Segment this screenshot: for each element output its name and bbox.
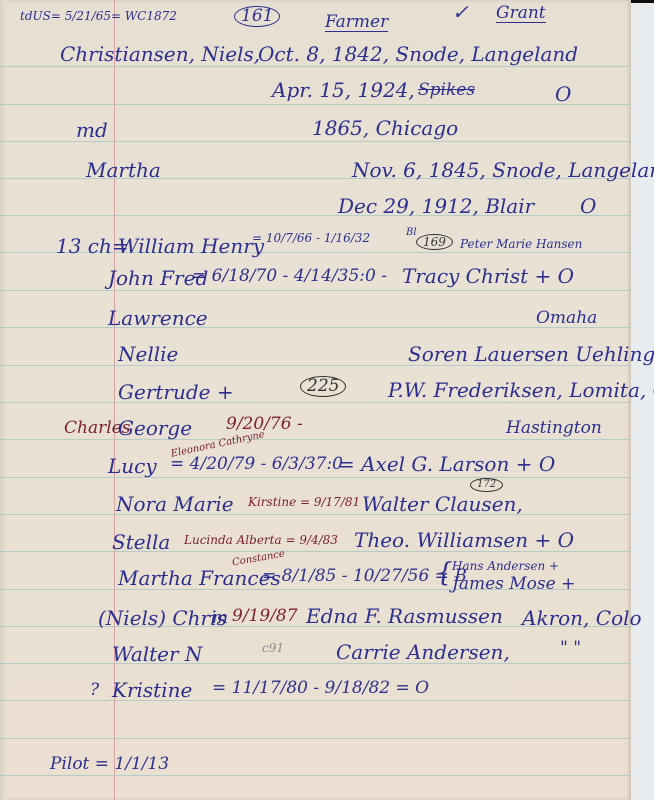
- ruled-line: [0, 215, 631, 216]
- child-spouse: Theo. Williamsen + O: [354, 530, 574, 550]
- ruled-line: [0, 66, 631, 67]
- child-place: Omaha: [536, 310, 597, 327]
- child-name: Lucy: [108, 456, 157, 476]
- child-spouse: Soren Lauersen Uehling: [408, 344, 654, 364]
- child-superscript: Bl: [406, 228, 417, 238]
- ruled-line: [0, 738, 631, 739]
- child-name: George: [118, 418, 192, 438]
- husband-name: Christiansen, Niels,: [60, 44, 260, 64]
- ruled-line: [0, 663, 631, 664]
- husband-death: Apr. 15, 1924,: [272, 80, 415, 100]
- marriage-label: md: [76, 120, 108, 140]
- ditto-marks: " ": [560, 640, 581, 657]
- child-dates: = 6/18/70 - 4/14/35:0 -: [192, 268, 387, 285]
- ruled-line: [0, 477, 631, 478]
- child-name: Nora Marie: [116, 494, 234, 514]
- child-spouse: Edna F. Rasmussen: [306, 606, 503, 626]
- file-number-badge: 161: [234, 6, 280, 27]
- ruled-line: [0, 290, 631, 291]
- torn-edge: [0, 0, 6, 800]
- ruled-line: [0, 514, 631, 515]
- wife-death-mark: O: [580, 196, 596, 216]
- husband-death-mark: O: [555, 84, 571, 104]
- child-name: Lawrence: [108, 308, 208, 328]
- brace-icon: {: [436, 560, 453, 586]
- child-spouse: P.W. Frederiksen, Lomita, Cal.: [388, 380, 654, 400]
- child-place: Akron, Colo: [522, 608, 642, 628]
- child-dates: = 4/20/79 - 6/3/37:0: [170, 456, 343, 473]
- ruled-line: [0, 700, 631, 701]
- child-dates: = 10/7/66 - 1/16/32: [252, 232, 370, 244]
- ruled-line: [0, 775, 631, 776]
- checkmark-icon: ✓: [452, 2, 469, 22]
- child-spouse: Tracy Christ + O: [402, 266, 574, 286]
- child-name: (Niels) Chris: [98, 608, 227, 628]
- child-added-name: Lucinda Alberta = 9/4/83: [184, 534, 338, 546]
- child-name: Martha Frances: [118, 568, 281, 588]
- struck-death-place: Spikes: [418, 82, 475, 99]
- child-name: Walter N: [112, 644, 202, 664]
- ruled-line: [0, 402, 631, 403]
- marriage-info: 1865, Chicago: [312, 118, 458, 138]
- file-number-badge: 172: [470, 478, 503, 492]
- child-name: Stella: [112, 532, 170, 552]
- child-spouse: Carrie Andersen,: [336, 642, 510, 662]
- child-place: Hastington: [506, 420, 602, 437]
- child-dates: 9/19/87: [232, 608, 298, 625]
- ruled-line: [0, 439, 631, 440]
- child-name: Gertrude +: [118, 382, 234, 402]
- wife-name: Martha: [86, 160, 161, 180]
- notebook-page: tdUS= 5/21/65= WC1872 161 Farmer ✓ Grant…: [0, 0, 631, 800]
- child-name: William Henry: [118, 236, 264, 256]
- child-name: Nellie: [118, 344, 178, 364]
- child-spouse: Peter Marie Hansen: [460, 238, 582, 250]
- child-spouse: Hans Andersen +: [452, 560, 559, 572]
- child-added-name: Kirstine = 9/17/81: [248, 496, 360, 508]
- question-mark: ?: [90, 682, 99, 699]
- reference-note: tdUS= 5/21/65= WC1872: [20, 10, 177, 22]
- wife-birth: Nov. 6, 1845, Snode, Langeland: [352, 160, 654, 180]
- child-spouse: Walter Clausen,: [362, 494, 523, 514]
- marriage-label: m: [212, 610, 228, 627]
- child-spouse: James Mose +: [452, 576, 575, 593]
- child-spouse: = Axel G. Larson + O: [338, 454, 555, 474]
- file-number-badge: 169: [416, 234, 453, 250]
- ruled-line: [0, 104, 631, 105]
- child-dates: = 11/17/80 - 9/18/82 = O: [212, 680, 429, 697]
- wife-death: Dec 29, 1912, Blair: [338, 196, 534, 216]
- file-number-badge: 225: [300, 376, 346, 397]
- gray-note: c91: [262, 642, 284, 654]
- husband-birth: Oct. 8, 1842, Snode, Langeland: [258, 44, 578, 64]
- county: Grant: [496, 5, 546, 23]
- occupation: Farmer: [325, 14, 388, 32]
- scan-edge: [631, 0, 654, 3]
- child-name: Kristine: [112, 680, 192, 700]
- footer-note: Pilot = 1/1/13: [50, 756, 169, 773]
- child-dates: 9/20/76 -: [226, 416, 303, 433]
